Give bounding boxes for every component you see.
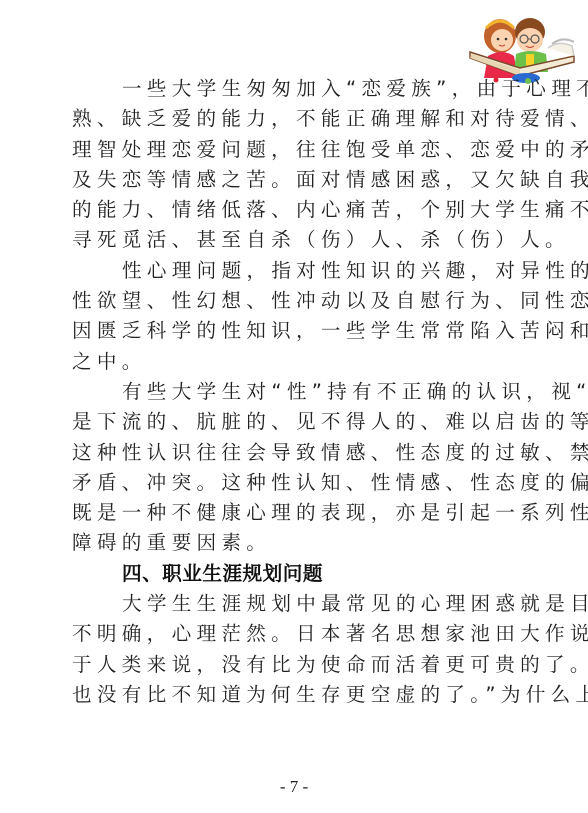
paragraph-line: 性心理问题，指对性知识的兴趣，对异性的爱慕，	[72, 256, 522, 286]
paragraph-line: 及失恋等情感之苦。面对情感困惑，又欠缺自我调适	[72, 165, 522, 195]
paragraph-line: 也没有比不知道为何生存更空虚的了。”为什么上大	[72, 680, 522, 710]
paragraph-line: 既是一种不健康心理的表现，亦是引起一系列性心理	[72, 498, 522, 528]
paragraph-line: 因匮乏科学的性知识，一些学生常常陷入苦闷和彷徨	[72, 316, 522, 346]
paragraph-line: 之中。	[72, 347, 522, 377]
paragraph-line: 一些大学生匆匆加入“恋爱族”，由于心理不成	[72, 74, 522, 104]
paragraph-line: 不明确，心理茫然。日本著名思想家池田大作说：“对	[72, 619, 522, 649]
paragraph-line: 寻死觅活、甚至自杀（伤）人、杀（伤）人。	[72, 225, 522, 255]
paragraph-line: 有些大学生对“性”持有不正确的认识，视“性”	[72, 377, 522, 407]
paragraph-line: 的能力、情绪低落、内心痛苦，个别大学生痛不欲生、	[72, 195, 522, 225]
page-number: - 7 -	[0, 777, 588, 797]
children-reading-book-illustration	[462, 6, 580, 84]
paragraph-line: 这种性认识往往会导致情感、性态度的过敏、禁忌、	[72, 438, 522, 468]
document-body: 一些大学生匆匆加入“恋爱族”，由于心理不成 熟、缺乏爱的能力，不能正确理解和对待…	[72, 74, 522, 710]
children-reading-icon	[462, 6, 580, 84]
paragraph-line: 是下流的、肮脏的、见不得人的、难以启齿的等等。	[72, 407, 522, 437]
section-heading: 四、职业生涯规划问题	[72, 559, 522, 589]
paragraph-line: 性欲望、性幻想、性冲动以及自慰行为、同性恋等。	[72, 286, 522, 316]
paragraph-line: 熟、缺乏爱的能力，不能正确理解和对待爱情、难以	[72, 104, 522, 134]
paragraph-line: 大学生生涯规划中最常见的心理困惑就是目标	[72, 589, 522, 619]
paragraph-line: 理智处理恋爱问题，往往饱受单恋、恋爱中的矛盾以	[72, 135, 522, 165]
paragraph-line: 矛盾、冲突。这种性认知、性情感、性态度的偏差，	[72, 468, 522, 498]
document-page: 一些大学生匆匆加入“恋爱族”，由于心理不成 熟、缺乏爱的能力，不能正确理解和对待…	[0, 0, 588, 813]
paragraph-line: 障碍的重要因素。	[72, 528, 522, 558]
paragraph-line: 于人类来说，没有比为使命而活着更可贵的了。同时，	[72, 650, 522, 680]
